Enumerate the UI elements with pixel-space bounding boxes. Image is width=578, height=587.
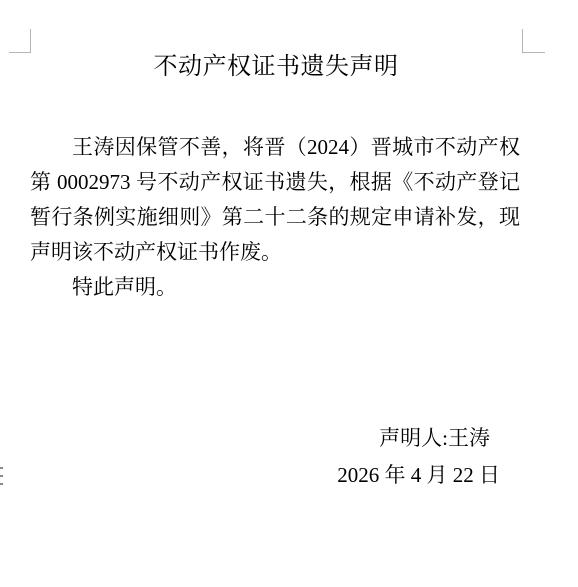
body-line: 暂行条例实施细则》第二十二条的规定申请补发，现: [30, 200, 520, 235]
date-line: 2026 年 4 月 22 日: [30, 458, 520, 493]
document-title: 不动产权证书遗失声明: [30, 51, 522, 83]
left-edge-dash: [0, 483, 3, 485]
signature-block: 声明人:王涛 2026 年 4 月 22 日: [30, 421, 520, 493]
document-body: 王涛因保管不善，将晋（2024）晋城市不动产权 第 0002973 号不动产权证…: [30, 130, 520, 305]
text-boundary-mark-top-right: [522, 29, 545, 53]
left-edge-dash: [0, 475, 3, 477]
text-boundary-mark-top-left: [9, 29, 31, 53]
body-line: 声明该不动产权证书作废。: [30, 235, 520, 270]
left-edge-dash: [0, 467, 3, 469]
document-page: 不动产权证书遗失声明 王涛因保管不善，将晋（2024）晋城市不动产权 第 000…: [0, 0, 578, 587]
body-line: 特此声明。: [30, 270, 520, 305]
declarant-line: 声明人:王涛: [30, 421, 520, 456]
body-line: 王涛因保管不善，将晋（2024）晋城市不动产权: [30, 130, 520, 165]
body-line: 第 0002973 号不动产权证书遗失，根据《不动产登记: [30, 165, 520, 200]
